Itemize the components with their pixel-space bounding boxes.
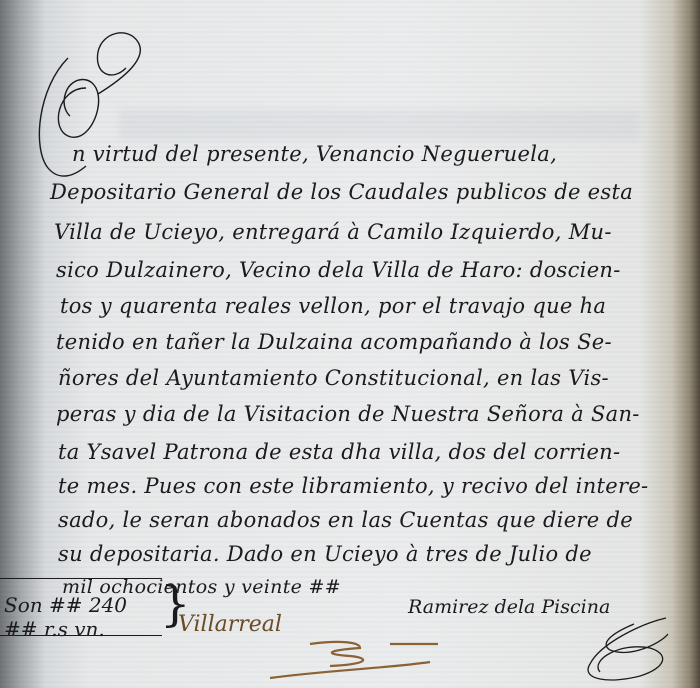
- text-line-12: su depositaria. Dado en Ucieyo à tres de…: [58, 542, 592, 566]
- text-line-11: sado, le seran abonados en las Cuentas q…: [58, 508, 633, 532]
- text-line-1: n virtud del presente, Venancio Neguerue…: [72, 142, 557, 166]
- amount-text: Son ## 240 ## r.s vn.: [4, 593, 162, 641]
- text-line-7: ñores del Ayuntamiento Constitucional, e…: [58, 366, 609, 390]
- manuscript-page: n virtud del presente, Venancio Neguerue…: [0, 0, 700, 688]
- signature-flourish-brown: [270, 640, 470, 688]
- text-line-9: ta Ysavel Patrona de esta dha villa, dos…: [58, 440, 620, 464]
- signature-villarreal: Villarreal: [178, 612, 282, 637]
- text-line-5: tos y quarenta reales vellon, por el tra…: [60, 294, 606, 318]
- text-line-4: sico Dulzainero, Vecino dela Villa de Ha…: [56, 258, 621, 282]
- text-line-3: Villa de Ucieyo, entregará à Camilo Izqu…: [54, 220, 612, 244]
- bleed-through-text: [120, 110, 640, 140]
- text-line-10: te mes. Pues con este libramiento, y rec…: [58, 474, 648, 498]
- signature-flourish-black: [570, 614, 680, 686]
- text-line-8: peras y dia de la Visitacion de Nuestra …: [56, 402, 640, 426]
- text-line-6: tenido en tañer la Dulzaina acompañando …: [56, 330, 612, 354]
- text-line-2: Depositario General de los Caudales publ…: [50, 180, 633, 204]
- amount-box: Son ## 240 ## r.s vn.: [0, 578, 162, 636]
